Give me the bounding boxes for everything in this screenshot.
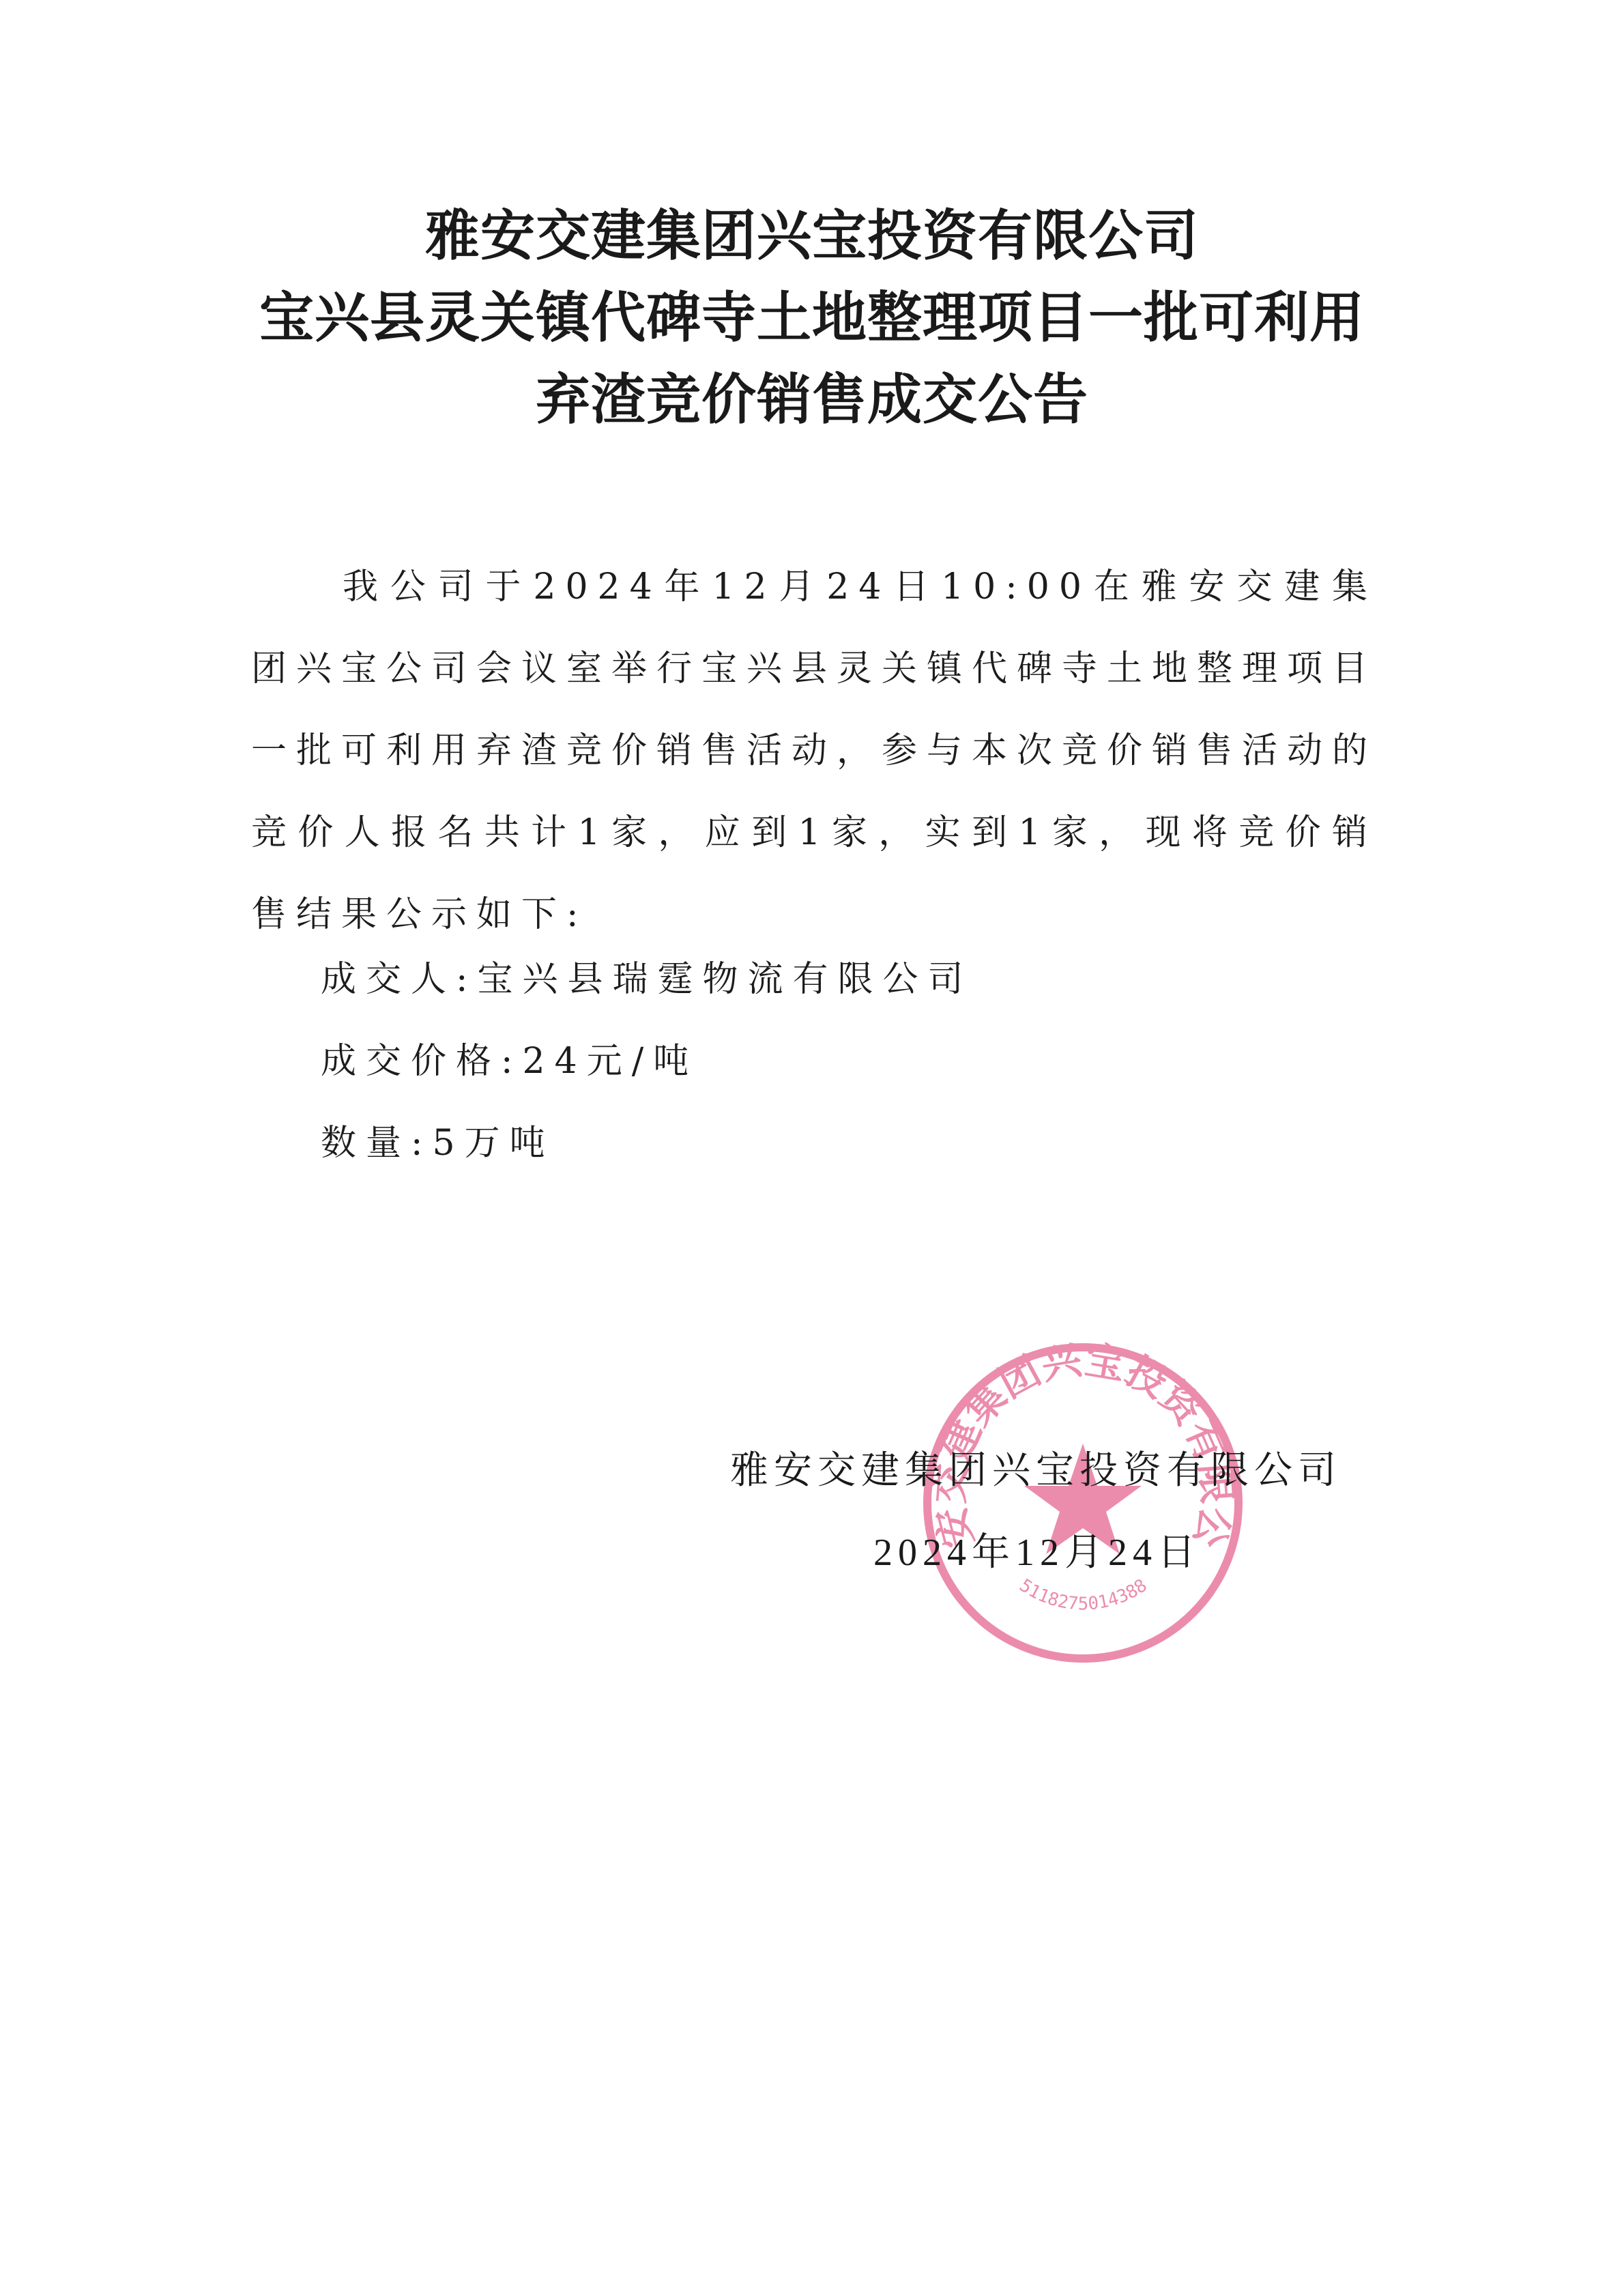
result-price: 成交价格:24元/吨 [321, 1041, 698, 1082]
result-winner: 成交人:宝兴县瑞霆物流有限公司 [321, 959, 973, 1000]
result-quantity: 数量:5万吨 [321, 1123, 555, 1164]
result-label: 成交人: [321, 959, 478, 1000]
seal-icon: 雅安交建集团兴宝投资有限公司 5118275014388 [921, 1341, 1245, 1665]
result-label: 成交价格: [321, 1041, 523, 1082]
result-label: 数量: [321, 1123, 433, 1164]
signature-company: 雅安交建集团兴宝投资有限公司 [730, 1450, 1342, 1491]
svg-text:5118275014388: 5118275014388 [1015, 1575, 1150, 1614]
title-line-2: 宝兴县灵关镇代碑寺土地整理项目一批可利用 [0, 276, 1624, 358]
company-seal: 雅安交建集团兴宝投资有限公司 5118275014388 [921, 1341, 1245, 1665]
signature-date: 2024年12月24日 [873, 1532, 1201, 1573]
title-line-1: 雅安交建集团兴宝投资有限公司 [0, 195, 1624, 276]
body-paragraph: 我公司于2024年12月24日10:00在雅安交建集团兴宝公司会议室举行宝兴县灵… [251, 546, 1377, 956]
title-line-3: 弃渣竞价销售成交公告 [0, 358, 1624, 440]
document-page: 雅安交建集团兴宝投资有限公司 宝兴县灵关镇代碑寺土地整理项目一批可利用 弃渣竞价… [0, 0, 1624, 2296]
seal-code: 5118275014388 [1015, 1575, 1150, 1614]
result-value: 宝兴县瑞霆物流有限公司 [478, 959, 973, 1000]
result-value: 5万吨 [433, 1123, 555, 1164]
result-value: 24元/吨 [523, 1041, 699, 1082]
